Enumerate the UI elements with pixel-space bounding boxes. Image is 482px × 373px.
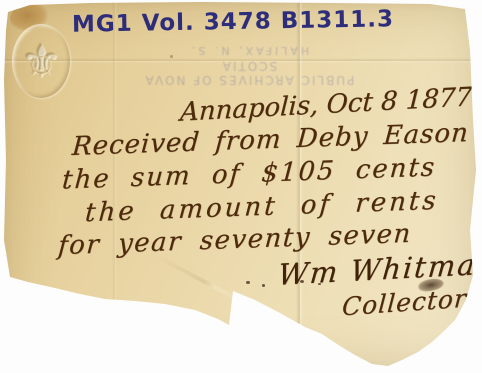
torn-paper: ⚜ PUBLIC ARCHIVES OF NOVA SCOTIA HALIFAX…: [0, 0, 482, 373]
archive-stamp-line2: HALIFAX, N. S.: [118, 44, 380, 57]
ink-speck: [262, 284, 265, 287]
archive-stamp: PUBLIC ARCHIVES OF NOVA SCOTIA HALIFAX, …: [118, 44, 380, 87]
ink-speck: [300, 280, 304, 283]
ink-speck: [170, 55, 173, 58]
fleur-de-lis-icon: ⚜: [20, 38, 61, 84]
ink-speck: [318, 283, 321, 285]
embossed-seal: ⚜: [12, 24, 70, 98]
scanned-receipt-image: ⚜ PUBLIC ARCHIVES OF NOVA SCOTIA HALIFAX…: [0, 0, 482, 373]
archive-stamp-line1: PUBLIC ARCHIVES OF NOVA SCOTIA: [118, 59, 380, 87]
ink-speck: [246, 281, 250, 284]
